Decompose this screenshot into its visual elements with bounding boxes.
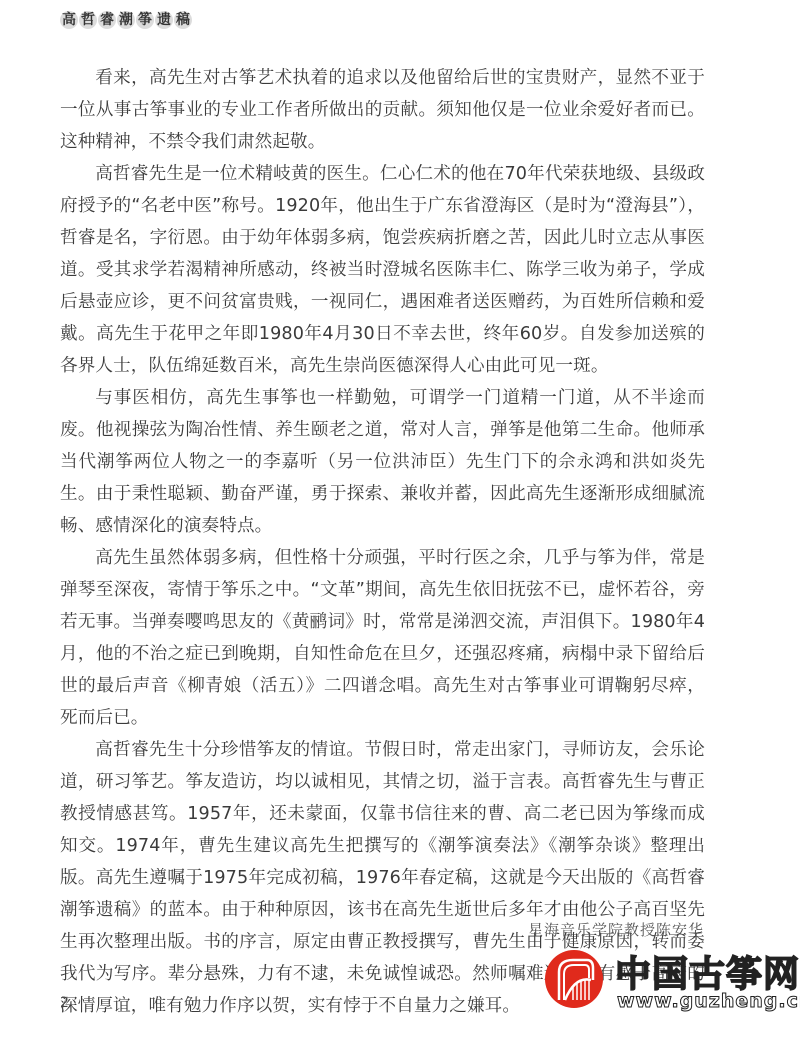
title-char: 哲 (79, 11, 97, 29)
title-char: 潮 (117, 11, 135, 29)
author-signature: 星海音乐学院教授陈安华 (528, 919, 704, 940)
guzheng-logo-icon (545, 950, 603, 1008)
title-char: 遗 (155, 11, 173, 29)
watermark-logo: 中国古筝网 www.guzheng.cn (545, 950, 795, 1020)
document-body: 看来，高先生对古筝艺术执着的追求以及他留给后世的宝贵财产，显然不亚于一位从事古筝… (60, 62, 705, 1022)
title-char: 筝 (136, 11, 154, 29)
page-number: 2 (60, 995, 69, 1011)
paragraph: 高先生虽然体弱多病，但性格十分顽强，平时行医之余，几乎与筝为伴，常是弹琴至深夜，… (60, 542, 705, 734)
title-char: 高 (60, 11, 78, 29)
title-char: 睿 (98, 11, 116, 29)
title-char: 稿 (174, 11, 192, 29)
paragraph: 看来，高先生对古筝艺术执着的追求以及他留给后世的宝贵财产，显然不亚于一位从事古筝… (60, 62, 705, 158)
watermark-url: www.guzheng.cn (617, 990, 800, 1012)
running-header-title: 高 哲 睿 潮 筝 遗 稿 (60, 11, 192, 29)
paragraph: 高哲睿先生是一位术精岐黄的医生。仁心仁术的他在70年代荣获地级、县级政府授予的“… (60, 158, 705, 382)
paragraph: 与事医相仿，高先生事筝也一样勤勉，可谓学一门道精一门道，从不半途而废。他视操弦为… (60, 382, 705, 542)
